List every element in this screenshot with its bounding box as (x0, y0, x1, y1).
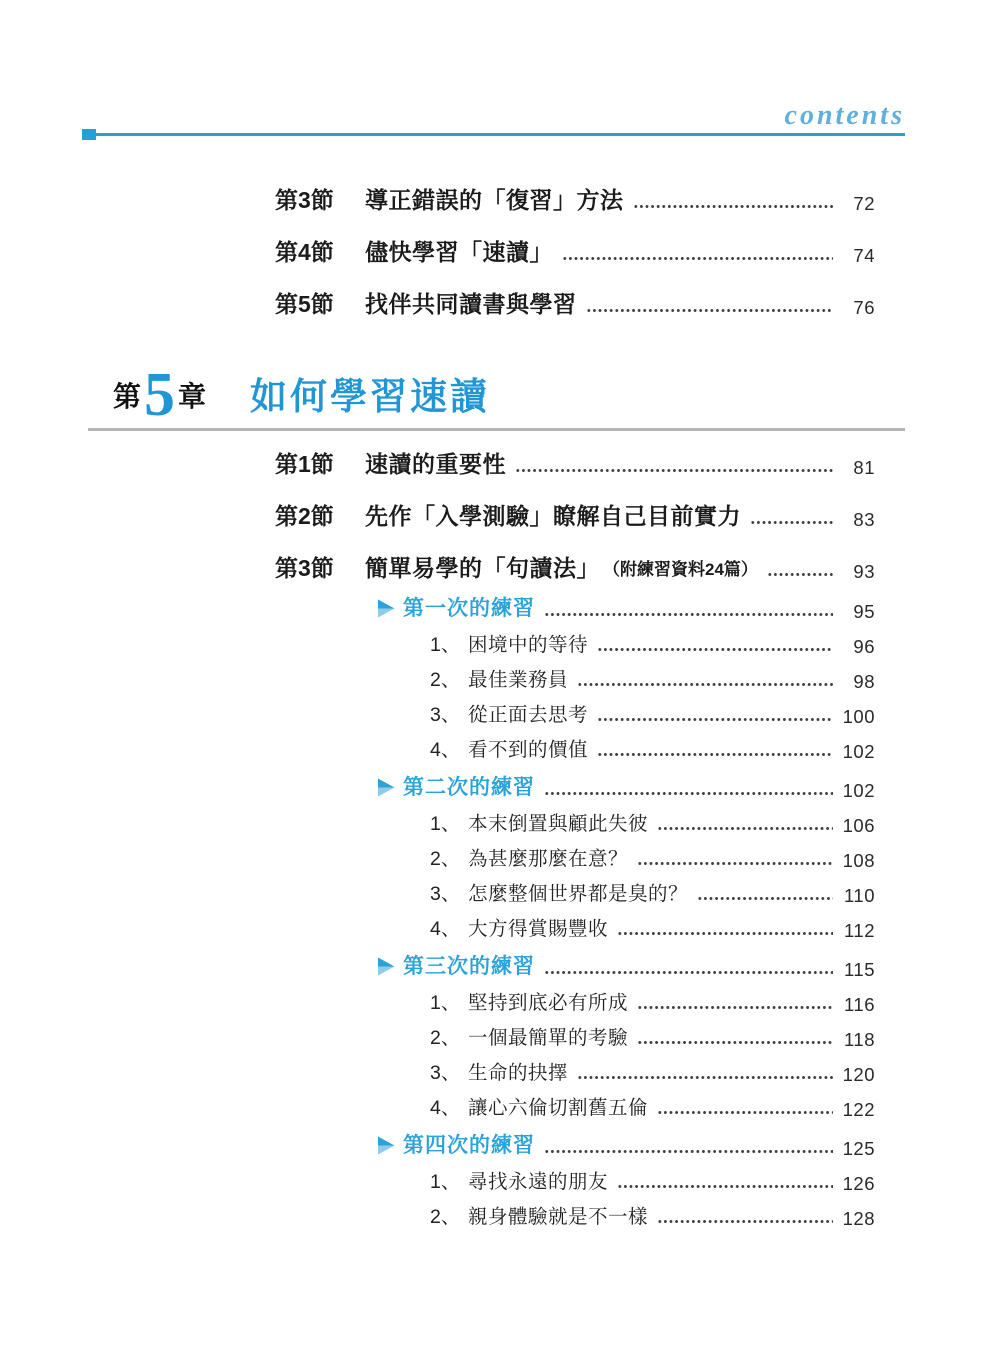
chapter-title: 如何學習速讀 (250, 378, 490, 418)
dot-leader (544, 791, 833, 796)
page-number: 95 (839, 602, 875, 622)
page-number: 125 (839, 1139, 875, 1159)
play-arrow-icon (375, 956, 396, 977)
practice-header: 第四次的練習 125 (375, 1133, 875, 1159)
dot-leader (617, 931, 833, 936)
practice-title: 第一次的練習 (403, 596, 535, 622)
item-number: 2、 (430, 668, 468, 692)
page-number: 116 (839, 995, 875, 1015)
item-title: 怎麼整個世界都是臭的？ (468, 882, 688, 906)
section-title: 簡單易學的「句讀法」 (365, 554, 600, 582)
page-number: 83 (839, 510, 875, 530)
rule-end-square (82, 129, 96, 140)
section-title: 儘快學習「速讀」 (365, 238, 553, 266)
section-label: 第5節 (275, 290, 365, 318)
dot-leader (577, 682, 833, 687)
dot-leader (637, 861, 833, 866)
item-title: 尋找永遠的朋友 (468, 1170, 608, 1194)
item-title: 大方得賞賜豐收 (468, 917, 608, 941)
section-label: 第3節 (275, 186, 365, 214)
page-number: 72 (839, 194, 875, 214)
page-number: 81 (839, 458, 875, 478)
practice-item: 3、 怎麼整個世界都是臭的？ 110 (375, 882, 875, 906)
page-number: 93 (839, 562, 875, 582)
item-title: 最佳業務員 (468, 668, 568, 692)
dot-leader (597, 647, 833, 652)
dot-leader (577, 1075, 833, 1080)
section-title: 速讀的重要性 (365, 450, 506, 478)
dot-leader (544, 612, 833, 617)
play-arrow-icon (375, 777, 396, 798)
play-arrow-icon (375, 598, 396, 619)
item-number: 2、 (430, 847, 468, 871)
dot-leader (697, 896, 833, 901)
practice-item: 1、 困境中的等待 96 (375, 633, 875, 657)
contents-label: contents (785, 100, 905, 132)
section-label: 第2節 (275, 502, 365, 530)
dot-leader (657, 1110, 833, 1115)
item-title: 本末倒置與顧此失彼 (468, 812, 648, 836)
practice-group: 第二次的練習 102 1、 本末倒置與顧此失彼 106 2、 為甚麼那麼在意？ … (375, 775, 875, 941)
item-number: 2、 (430, 1205, 468, 1229)
dot-leader (633, 204, 834, 209)
practice-item: 4、 讓心六倫切割舊五倫 122 (375, 1096, 875, 1120)
item-number: 3、 (430, 1061, 468, 1085)
item-title: 讓心六倫切割舊五倫 (468, 1096, 648, 1120)
toc-entry: 第4節 儘快學習「速讀」 74 (275, 238, 875, 266)
practice-group: 第一次的練習 95 1、 困境中的等待 96 2、 最佳業務員 98 3、 從正… (375, 596, 875, 762)
practice-group: 第三次的練習 115 1、 堅持到底必有所成 116 2、 一個最簡單的考驗 1… (375, 954, 875, 1120)
page-number: 74 (839, 246, 875, 266)
chapter-marker: 章 (178, 383, 206, 413)
toc-entry: 第3節 簡單易學的「句讀法」 （附練習資料24篇） 93 (275, 554, 875, 582)
dot-leader (637, 1040, 833, 1045)
practice-item: 4、 大方得賞賜豐收 112 (375, 917, 875, 941)
dot-leader (597, 752, 833, 757)
section-title: 導正錯誤的「復習」方法 (365, 186, 624, 214)
page-number: 102 (839, 742, 875, 762)
dot-leader (657, 1219, 833, 1224)
practice-list: 第一次的練習 95 1、 困境中的等待 96 2、 最佳業務員 98 3、 從正… (375, 596, 875, 1229)
toc-page: contents 第3節 導正錯誤的「復習」方法 72 第4節 儘快學習「速讀」… (0, 0, 1000, 1353)
practice-item: 3、 從正面去思考 100 (375, 703, 875, 727)
item-title: 堅持到底必有所成 (468, 991, 628, 1015)
page-number: 110 (839, 886, 875, 906)
toc-entry: 第2節 先作「入學測驗」瞭解自己目前實力 83 (275, 502, 875, 530)
practice-item: 4、 看不到的價值 102 (375, 738, 875, 762)
dot-leader (562, 256, 833, 261)
page-number: 128 (839, 1209, 875, 1229)
dot-leader (657, 826, 833, 831)
page-number: 120 (839, 1065, 875, 1085)
dot-leader (767, 572, 833, 577)
practice-title: 第二次的練習 (403, 775, 535, 801)
practice-title: 第三次的練習 (403, 954, 535, 980)
section-label: 第3節 (275, 554, 365, 582)
dot-leader (597, 717, 833, 722)
section-title: 先作「入學測驗」瞭解自己目前實力 (365, 502, 741, 530)
item-number: 4、 (430, 738, 468, 762)
section-label: 第4節 (275, 238, 365, 266)
play-arrow-icon (375, 1135, 396, 1156)
practice-item: 2、 最佳業務員 98 (375, 668, 875, 692)
item-title: 看不到的價值 (468, 738, 588, 762)
practice-header: 第二次的練習 102 (375, 775, 875, 801)
practice-header: 第三次的練習 115 (375, 954, 875, 980)
section-note: （附練習資料24篇） (603, 558, 758, 582)
item-number: 1、 (430, 812, 468, 836)
practice-item: 2、 一個最簡單的考驗 118 (375, 1026, 875, 1050)
dot-leader (750, 520, 833, 525)
practice-item: 2、 為甚麼那麼在意？ 108 (375, 847, 875, 871)
dot-leader (515, 468, 833, 473)
toc-entry: 第1節 速讀的重要性 81 (275, 450, 875, 478)
dot-leader (617, 1184, 833, 1189)
practice-item: 1、 堅持到底必有所成 116 (375, 991, 875, 1015)
practice-item: 1、 本末倒置與顧此失彼 106 (375, 812, 875, 836)
header-rule (82, 133, 905, 136)
item-number: 1、 (430, 1170, 468, 1194)
page-number: 98 (839, 672, 875, 692)
dot-leader (544, 970, 833, 975)
page-number: 100 (839, 707, 875, 727)
item-title: 親身體驗就是不一樣 (468, 1205, 648, 1229)
item-number: 4、 (430, 1096, 468, 1120)
chapter-prefix: 第 (113, 383, 141, 413)
practice-item: 1、 尋找永遠的朋友 126 (375, 1170, 875, 1194)
item-title: 為甚麼那麼在意？ (468, 847, 628, 871)
page-number: 122 (839, 1100, 875, 1120)
page-number: 96 (839, 637, 875, 657)
toc-entry: 第3節 導正錯誤的「復習」方法 72 (275, 186, 875, 214)
page-number: 112 (839, 921, 875, 941)
section-title: 找伴共同讀書與學習 (365, 290, 577, 318)
page-number: 115 (839, 960, 875, 980)
item-title: 從正面去思考 (468, 703, 588, 727)
dot-leader (637, 1005, 833, 1010)
practice-group: 第四次的練習 125 1、 尋找永遠的朋友 126 2、 親身體驗就是不一樣 1… (375, 1133, 875, 1229)
toc-entry: 第5節 找伴共同讀書與學習 76 (275, 290, 875, 318)
chapter-heading: 第 5 章 如何學習速讀 (113, 366, 490, 424)
chapter-divider-rule (88, 428, 905, 431)
prev-chapter-sections: 第3節 導正錯誤的「復習」方法 72 第4節 儘快學習「速讀」 74 第5節 找… (275, 186, 875, 318)
item-title: 困境中的等待 (468, 633, 588, 657)
item-number: 1、 (430, 991, 468, 1015)
item-number: 3、 (430, 703, 468, 727)
item-title: 生命的抉擇 (468, 1061, 568, 1085)
item-number: 4、 (430, 917, 468, 941)
chapter-sections: 第1節 速讀的重要性 81 第2節 先作「入學測驗」瞭解自己目前實力 83 第3… (275, 450, 875, 582)
practice-title: 第四次的練習 (403, 1133, 535, 1159)
chapter-number: 5 (144, 366, 175, 424)
page-number: 76 (839, 298, 875, 318)
dot-leader (544, 1149, 833, 1154)
item-number: 2、 (430, 1026, 468, 1050)
page-number: 126 (839, 1174, 875, 1194)
practice-item: 2、 親身體驗就是不一樣 128 (375, 1205, 875, 1229)
practice-item: 3、 生命的抉擇 120 (375, 1061, 875, 1085)
page-number: 102 (839, 781, 875, 801)
dot-leader (586, 308, 834, 313)
practice-header: 第一次的練習 95 (375, 596, 875, 622)
page-number: 108 (839, 851, 875, 871)
section-label: 第1節 (275, 450, 365, 478)
item-number: 3、 (430, 882, 468, 906)
page-number: 118 (839, 1030, 875, 1050)
page-number: 106 (839, 816, 875, 836)
item-title: 一個最簡單的考驗 (468, 1026, 628, 1050)
item-number: 1、 (430, 633, 468, 657)
